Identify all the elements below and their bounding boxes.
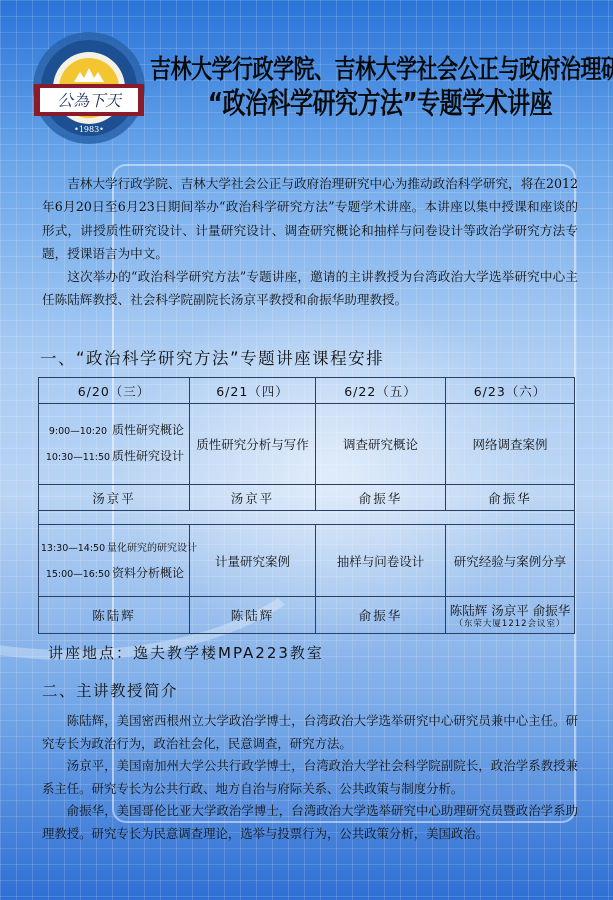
- schedule-table: 6/20（三） 6/21（四） 6/22（五） 6/23（六） 9:00—10:…: [38, 377, 575, 634]
- room-note: （东荣大厦1212会议室）: [446, 619, 574, 629]
- afternoon-lecturer-row: 陈陆辉 陈陆辉 俞振华 陈陆辉 汤京平 俞振华 （东荣大厦1212会议室）: [39, 597, 575, 634]
- section-heading-schedule: 一、“政治科学研究方法”专题讲座课程安排: [40, 345, 384, 369]
- lecturer-bios: 陈陆辉，美国密西根州立大学政治学博士，台湾政治大学选举研究中心研究员兼中心主任。…: [42, 710, 578, 845]
- table-spacer-row: [39, 511, 575, 525]
- morning-lecturer-row: 汤京平 汤京平 俞振华 俞振华: [39, 485, 575, 511]
- bio-paragraph: 陈陆辉，美国密西根州立大学政治学博士，台湾政治大学选举研究中心研究员兼中心主任。…: [42, 710, 578, 755]
- afternoon-course-row: 13:30—14:50量化研究的研究设计 15:00—16:50资料分析概论 计…: [39, 525, 575, 597]
- table-header-row: 6/20（三） 6/21（四） 6/22（五） 6/23（六）: [39, 378, 575, 404]
- course-cell: 研究经验与案例分享: [446, 525, 575, 597]
- lecturer-cell: 陈陆辉: [39, 597, 190, 634]
- svg-text:•1983•: •1983•: [74, 125, 104, 134]
- course-cell: 网络调查案例: [446, 404, 575, 485]
- day-header: 6/23（六）: [446, 378, 575, 404]
- svg-text:公為下天: 公為下天: [57, 91, 123, 110]
- bio-paragraph: 俞振华，美国哥伦比亚大学政治学博士，台湾政治大学选举研究中心助理研究员暨政治学系…: [42, 800, 578, 845]
- bio-paragraph: 汤京平，美国南加州大学公共行政学博士，台湾政治大学社会科学院副院长，政治学系教授…: [42, 755, 578, 800]
- morning-course-row: 9:00—10:20质性研究概论 10:30—11:50质性研究设计 质性研究分…: [39, 404, 575, 485]
- day-header: 6/21（四）: [190, 378, 316, 404]
- lecturer-cell: 俞振华: [316, 597, 446, 634]
- course-cell: 抽样与问卷设计: [316, 525, 446, 597]
- lecturer-names: 陈陆辉 汤京平 俞振华: [450, 603, 570, 618]
- title-line-1: 吉林大学行政学院、吉林大学社会公正与政府治理研究中心: [150, 50, 610, 88]
- intro-paragraph: 吉林大学行政学院、吉林大学社会公正与政府治理研究中心为推动政治科学研究，将在20…: [42, 172, 578, 265]
- lecturer-cell: 俞振华: [446, 485, 575, 511]
- lecturer-cell: 俞振华: [316, 485, 446, 511]
- page-title: 吉林大学行政学院、吉林大学社会公正与政府治理研究中心 “政治科学研究方法”专题学…: [150, 54, 610, 120]
- intro-paragraph: 这次举办的“政治科学研究方法”专题讲座，邀请的主讲教授为台湾政治大学选举研究中心…: [42, 265, 578, 312]
- lecturer-cell: 汤京平: [39, 485, 190, 511]
- course-cell: 调查研究概论: [316, 404, 446, 485]
- lecturer-cell: 陈陆辉: [190, 597, 316, 634]
- day-header: 6/22（五）: [316, 378, 446, 404]
- time-slots-cell: 9:00—10:20质性研究概论 10:30—11:50质性研究设计: [39, 404, 190, 485]
- venue-text: 讲座地点：逸夫教学楼MPA223教室: [48, 642, 324, 663]
- course-cell: 质性研究分析与写作: [190, 404, 316, 485]
- day-header: 6/20（三）: [39, 378, 190, 404]
- time-slots-cell: 13:30—14:50量化研究的研究设计 15:00—16:50资料分析概论: [39, 525, 190, 597]
- course-cell: 计量研究案例: [190, 525, 316, 597]
- title-line-2: “政治科学研究方法”专题学术讲座: [150, 84, 610, 124]
- lecturer-cell-group: 陈陆辉 汤京平 俞振华 （东荣大厦1212会议室）: [446, 597, 575, 634]
- section-heading-lecturers: 二、主讲教授简介: [42, 679, 178, 701]
- lecturer-cell: 汤京平: [190, 485, 316, 511]
- intro-text: 吉林大学行政学院、吉林大学社会公正与政府治理研究中心为推动政治科学研究，将在20…: [42, 172, 578, 312]
- college-logo: 公為下天 •1983•: [28, 28, 150, 148]
